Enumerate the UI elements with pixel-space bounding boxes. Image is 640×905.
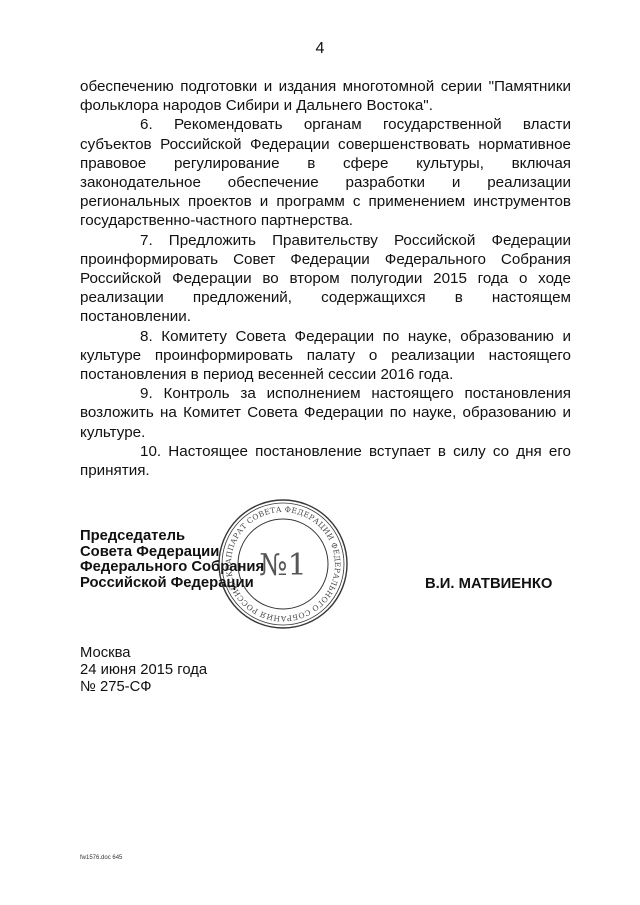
- place-and-date: Москва 24 июня 2015 года № 275-СФ: [80, 645, 207, 696]
- file-footer: fw1576.doc 645: [80, 855, 122, 861]
- paragraph-item-8: 8. Комитету Совета Федерации по науке, о…: [80, 327, 571, 385]
- seal-number: №1: [259, 548, 306, 583]
- document-body: обеспечению подготовки и издания многото…: [80, 77, 571, 480]
- official-seal-stamp: АППАРАТ СОВЕТА ФЕДЕРАЦИИ ФЕДЕРАЛЬНОГО СО…: [217, 497, 349, 631]
- paragraph-item-10: 10. Настоящее постановление вступает в с…: [80, 442, 571, 480]
- signatory-name: В.И. МАТВИЕНКО: [425, 576, 552, 592]
- paragraph-continuation: обеспечению подготовки и издания многото…: [80, 77, 571, 115]
- page-number: 4: [0, 40, 640, 58]
- paragraph-item-7: 7. Предложить Правительству Российской Ф…: [80, 231, 571, 327]
- city: Москва: [80, 645, 207, 662]
- paragraph-item-9: 9. Контроль за исполнением настоящего по…: [80, 384, 571, 442]
- document-number: № 275-СФ: [80, 679, 207, 696]
- date: 24 июня 2015 года: [80, 662, 207, 679]
- paragraph-item-6: 6. Рекомендовать органам государственной…: [80, 115, 571, 230]
